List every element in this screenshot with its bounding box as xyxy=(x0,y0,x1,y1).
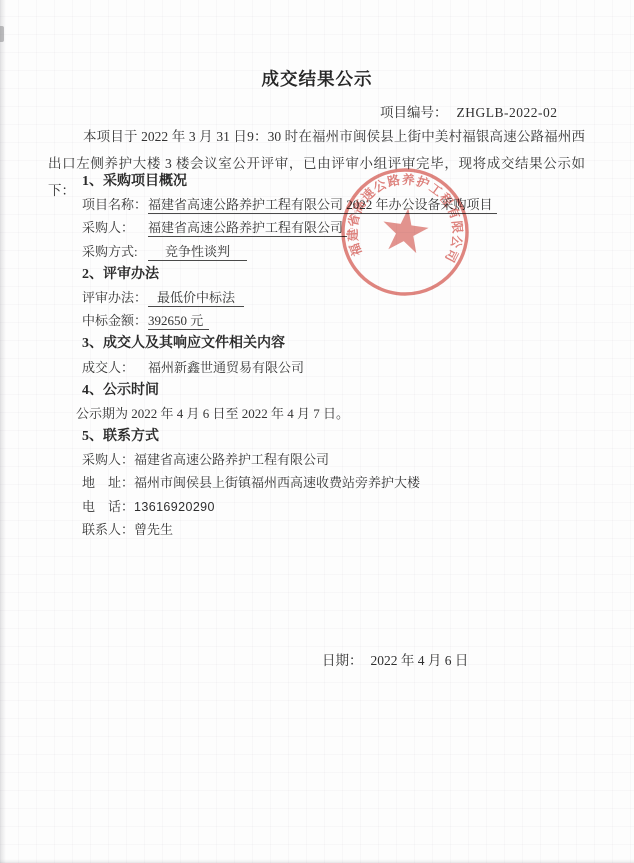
field-label: 电 话： xyxy=(82,499,134,514)
field-label: 采购人： xyxy=(82,452,134,467)
section-3-heading: 3、成交人及其响应文件相关内容 xyxy=(48,332,593,355)
scan-artifact-bottom-shadow xyxy=(0,859,634,863)
field-label: 评审办法： xyxy=(82,286,148,309)
star-icon xyxy=(380,205,431,254)
field-row-evaluation-method: 评审办法：最低价中标法 xyxy=(48,286,593,309)
field-value: 福建省高速公路养护工程有限公司 xyxy=(148,220,347,237)
section-4-heading: 4、公示时间 xyxy=(48,379,593,402)
publicity-period-text: 公示期为 2022 年 4 月 6 日至 2022 年 4 月 7 日。 xyxy=(48,402,593,425)
field-row-contact-person: 联系人：曾先生 xyxy=(48,518,593,541)
field-value: 福建省高速公路养护工程有限公司 xyxy=(134,452,329,467)
field-value: 福州新鑫世通贸易有限公司 xyxy=(148,360,304,375)
field-row-procurement-method: 采购方式:竞争性谈判 xyxy=(48,240,593,263)
company-seal-stamp: 福建省高速公路养护工程有限公司 0102010261 xyxy=(326,153,484,311)
field-value-phone: 13616920290 xyxy=(134,500,215,514)
field-row-winner: 成交人：福州新鑫世通贸易有限公司 xyxy=(48,356,593,379)
date-label: 日期： xyxy=(322,653,363,668)
field-value: 曾先生 xyxy=(134,522,173,537)
date-line: 日期：2022 年 4 月 6 日 xyxy=(322,649,468,669)
field-label: 项目名称： xyxy=(82,193,148,216)
field-row-phone: 电 话：13616920290 xyxy=(48,495,593,518)
document-page: 成交结果公示 项目编号：ZHGLB-2022-02 本项目于 2022 年 3 … xyxy=(0,0,634,863)
field-label: 采购方式: xyxy=(82,240,148,263)
field-value: 竞争性谈判 xyxy=(148,244,247,261)
section-1-heading: 1、采购项目概况 xyxy=(48,170,593,193)
field-row-award-amount: 中标金额：392650 元 xyxy=(48,309,593,332)
field-label: 地 址： xyxy=(82,475,134,490)
field-row-project-name: 项目名称：福建省高速公路养护工程有限公司 2022 年办公设备采购项目 xyxy=(48,193,593,216)
date-value: 2022 年 4 月 6 日 xyxy=(371,653,469,668)
page-title: 成交结果公示 xyxy=(0,66,634,91)
document-body: 1、采购项目概况 项目名称：福建省高速公路养护工程有限公司 2022 年办公设备… xyxy=(48,170,593,541)
field-label: 采购人： xyxy=(82,216,148,239)
section-2-heading: 2、评审办法 xyxy=(48,263,593,286)
field-value: 392650 元 xyxy=(148,313,209,330)
project-number-label: 项目编号： xyxy=(380,105,448,120)
project-number-value: ZHGLB-2022-02 xyxy=(457,105,558,120)
field-row-address: 地 址：福州市闽侯县上街镇福州西高速收费站旁养护大楼 xyxy=(48,471,593,494)
field-value: 最低价中标法 xyxy=(148,290,244,307)
field-label: 成交人： xyxy=(82,356,148,379)
field-row-contact-purchaser: 采购人：福建省高速公路养护工程有限公司 xyxy=(48,448,593,471)
field-label: 联系人： xyxy=(82,522,134,537)
field-row-purchaser: 采购人：福建省高速公路养护工程有限公司 xyxy=(48,216,593,239)
project-number-line: 项目编号：ZHGLB-2022-02 xyxy=(380,101,558,121)
section-5-heading: 5、联系方式 xyxy=(48,425,593,448)
scan-artifact-left-shadow xyxy=(0,0,6,863)
scan-artifact-mark xyxy=(0,26,4,42)
field-value: 福州市闽侯县上街镇福州西高速收费站旁养护大楼 xyxy=(134,475,420,490)
field-label: 中标金额： xyxy=(82,309,148,332)
